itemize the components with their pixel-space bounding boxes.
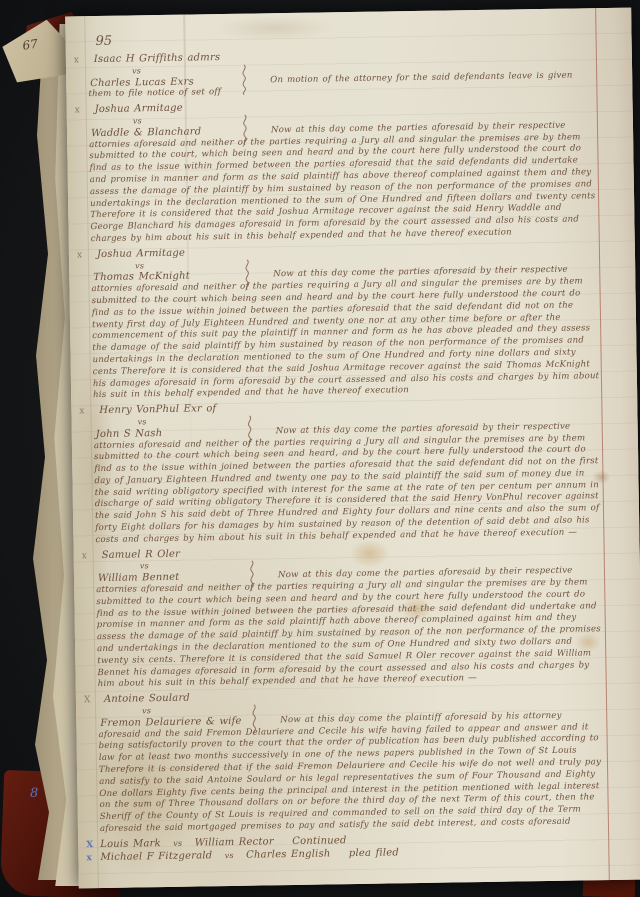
case-entry: x Henry VonPhul Exr of vs John S Nash No… xyxy=(93,397,603,547)
judgment-text: Now at this day come the parties aforesa… xyxy=(91,264,601,402)
plaintiff-name: Michael F Fitzgerald xyxy=(100,850,212,863)
margin-check-mark: X xyxy=(86,840,93,852)
defendant-name: Charles English xyxy=(246,848,331,860)
margin-check-mark: x xyxy=(82,551,87,563)
brace-squiggle-icon xyxy=(241,115,249,145)
plaintiff-name: Louis Mark xyxy=(100,838,161,850)
judgment-text: Now at this day come the parties aforesa… xyxy=(96,565,606,691)
case-entry: x Samuel R Oler vs William Bennet Now at… xyxy=(96,542,606,692)
brace-squiggle-icon xyxy=(243,259,251,289)
brace-squiggle-icon xyxy=(248,560,256,590)
margin-check-mark: X xyxy=(84,695,91,707)
case-entry: x Isaac H Griffiths admrs vs Charles Luc… xyxy=(88,46,597,101)
case-entry: X Antoine Soulard vs Fremon Delauriere &… xyxy=(98,686,608,836)
margin-check-mark: x xyxy=(77,250,82,262)
case-entry: x Joshua Armitage vs Thomas McKnight Now… xyxy=(91,241,601,402)
entry-note: Continued xyxy=(292,835,347,847)
page-number: 95 xyxy=(95,34,112,49)
ledger-page: 95 x Isaac H Griffiths admrs vs Charles … xyxy=(65,8,640,889)
margin-check-mark: x xyxy=(74,55,79,67)
case-entry: x Joshua Armitage vs Waddle & Blanchard … xyxy=(89,96,599,246)
brace-squiggle-icon xyxy=(240,65,248,95)
margin-check-mark: x xyxy=(79,406,84,418)
margin-check-mark: x xyxy=(86,853,92,865)
versus-label: vs xyxy=(173,839,182,848)
margin-check-mark: x xyxy=(75,105,80,117)
entry-note: plea filed xyxy=(349,847,399,859)
judgment-text: Now at this day come the parties aforesa… xyxy=(89,120,599,246)
defendant-name: William Rector xyxy=(195,836,274,848)
judgment-text: Now at this day come the plaintiff afore… xyxy=(98,710,608,836)
under-page-number: 67 xyxy=(22,37,39,53)
photo-backdrop: 67 8 95 x Isaac H Griffiths admrs vs Cha… xyxy=(0,0,640,897)
brace-squiggle-icon xyxy=(245,416,253,446)
judgment-text: Now at this day come the parties aforesa… xyxy=(94,421,604,547)
margin-numeral: 8 xyxy=(30,786,38,801)
page-content: x Isaac H Griffiths admrs vs Charles Luc… xyxy=(88,46,609,864)
versus-label: vs xyxy=(225,851,234,860)
brace-squiggle-icon xyxy=(250,705,258,735)
